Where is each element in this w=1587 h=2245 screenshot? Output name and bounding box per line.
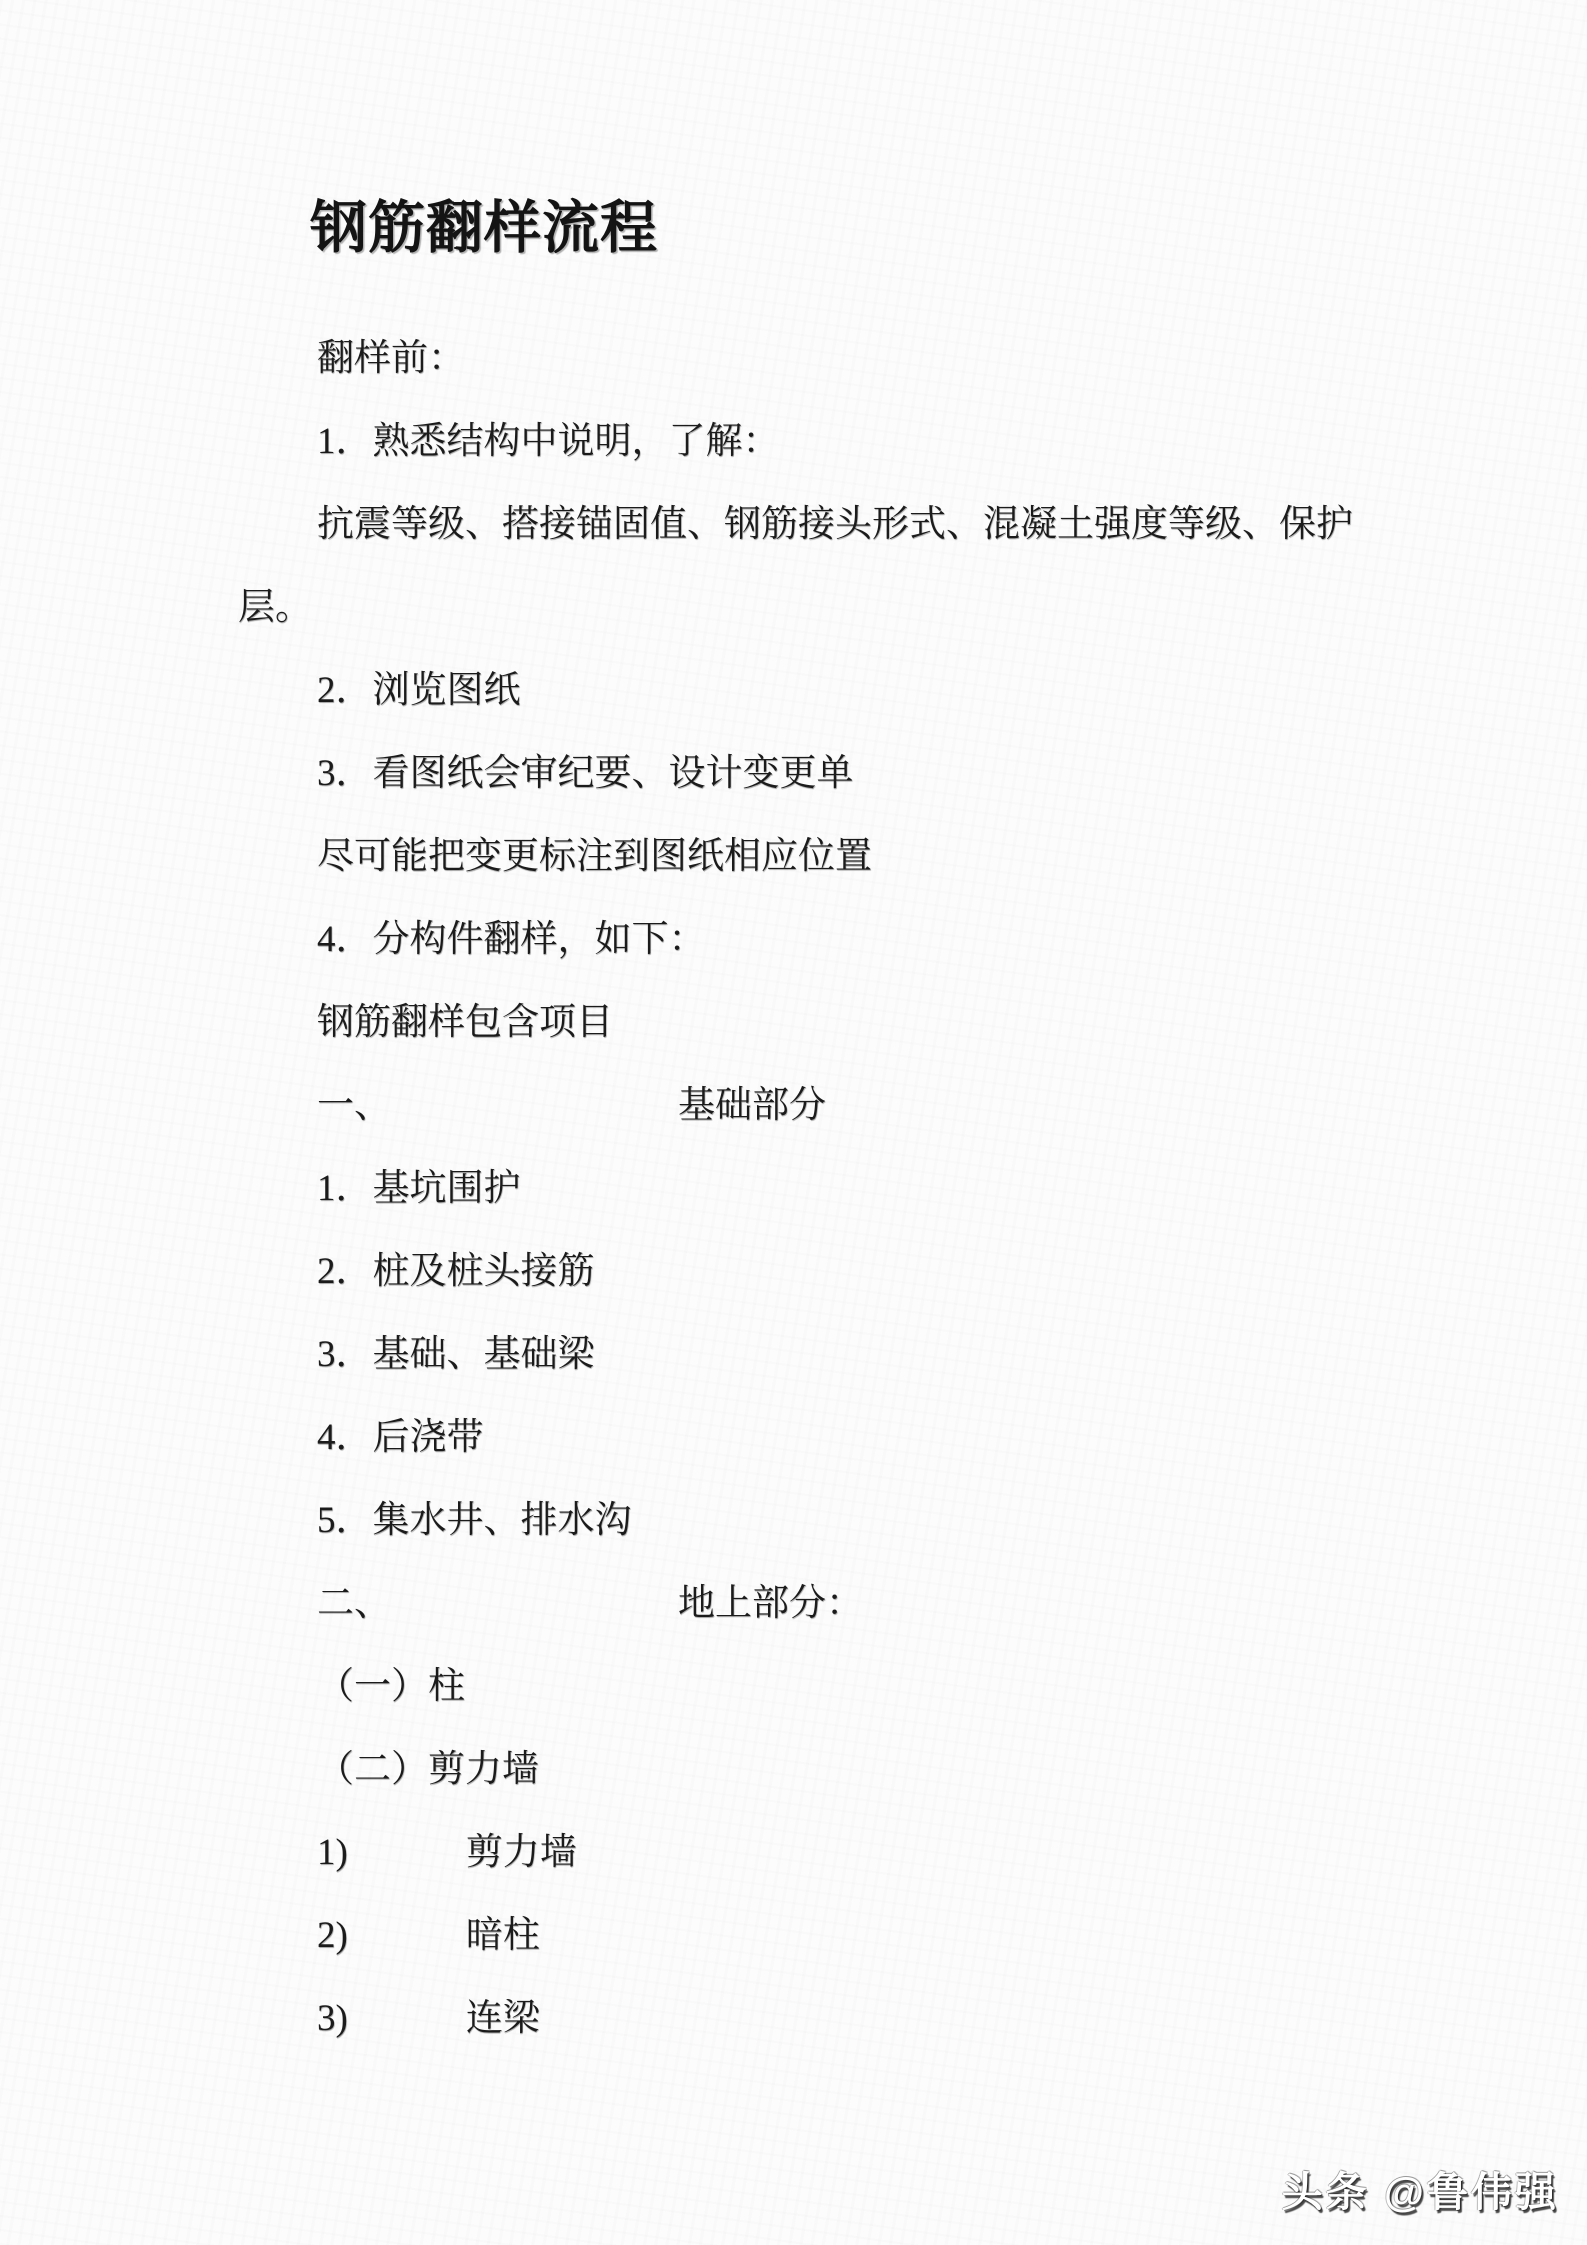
line-text: 抗震等级、搭接锚固值、钢筋接头形式、混凝土强度等级、保护: [317, 504, 1353, 545]
paragraph: 4．分构件翻样，如下：: [0, 898, 1587, 981]
paragraph: （二）剪力墙: [0, 1728, 1587, 1811]
item-number: 3): [317, 1998, 348, 2039]
tab-space: [348, 1946, 466, 1947]
paragraph: （一）柱: [0, 1645, 1587, 1728]
paragraph: 2．浏览图纸: [0, 649, 1587, 732]
line-text: 地上部分：: [678, 1583, 863, 1624]
line-text: 暗柱: [466, 1915, 540, 1956]
paragraph-section-heading: 一、基础部分: [0, 1064, 1587, 1147]
paragraph: 2．桩及桩头接筋: [0, 1230, 1587, 1313]
line-text: 1．熟悉结构中说明，了解：: [317, 421, 780, 462]
paragraph: 抗震等级、搭接锚固值、钢筋接头形式、混凝土强度等级、保护: [0, 483, 1587, 566]
tab-space: [348, 2029, 466, 2030]
line-text: 4．后浇带: [317, 1417, 484, 1458]
line-text: （二）剪力墙: [317, 1749, 539, 1790]
document-body: 翻样前： 1．熟悉结构中说明，了解： 抗震等级、搭接锚固值、钢筋接头形式、混凝土…: [0, 317, 1587, 2060]
line-text: 5．集水井、排水沟: [317, 1500, 632, 1541]
line-text: 基础部分: [678, 1085, 826, 1126]
line-text: 钢筋翻样包含项目: [317, 1002, 613, 1043]
line-text: 层。: [238, 587, 312, 628]
line-text: 3．看图纸会审纪要、设计变更单: [317, 753, 854, 794]
paragraph: 翻样前：: [0, 317, 1587, 400]
document-title: 钢筋翻样流程: [310, 194, 658, 264]
line-text: 剪力墙: [466, 1832, 577, 1873]
paragraph-numbered-item: 2)暗柱: [0, 1894, 1587, 1977]
line-text: 翻样前：: [317, 338, 465, 379]
paragraph: 1．熟悉结构中说明，了解：: [0, 400, 1587, 483]
tab-space: [348, 1863, 466, 1864]
line-text: 4．分构件翻样，如下：: [317, 919, 706, 960]
line-text: 2．浏览图纸: [317, 670, 521, 711]
paragraph: 4．后浇带: [0, 1396, 1587, 1479]
line-text: 尽可能把变更标注到图纸相应位置: [317, 836, 872, 877]
paragraph: 3．看图纸会审纪要、设计变更单: [0, 732, 1587, 815]
paragraph: 钢筋翻样包含项目: [0, 981, 1587, 1064]
section-number: 二、: [317, 1583, 391, 1624]
line-text: 连梁: [466, 1998, 540, 2039]
item-number: 2): [317, 1915, 348, 1956]
line-text: 1．基坑围护: [317, 1168, 521, 1209]
paragraph-numbered-item: 1)剪力墙: [0, 1811, 1587, 1894]
paragraph-section-heading: 二、地上部分：: [0, 1562, 1587, 1645]
watermark: 头条 @鲁伟强: [1282, 2159, 1559, 2218]
document-page: 钢筋翻样流程 翻样前： 1．熟悉结构中说明，了解： 抗震等级、搭接锚固值、钢筋接…: [0, 0, 1587, 2245]
section-number: 一、: [317, 1085, 391, 1126]
paragraph: 层。: [0, 566, 1587, 649]
line-text: （一）柱: [317, 1666, 465, 1707]
paragraph: 1．基坑围护: [0, 1147, 1587, 1230]
paragraph: 尽可能把变更标注到图纸相应位置: [0, 815, 1587, 898]
line-text: 2．桩及桩头接筋: [317, 1251, 595, 1292]
line-text: 3．基础、基础梁: [317, 1334, 595, 1375]
item-number: 1): [317, 1832, 348, 1873]
tab-space: [391, 1614, 678, 1615]
paragraph: 5．集水井、排水沟: [0, 1479, 1587, 1562]
paragraph-numbered-item: 3)连梁: [0, 1977, 1587, 2060]
paragraph: 3．基础、基础梁: [0, 1313, 1587, 1396]
tab-space: [391, 1116, 678, 1117]
